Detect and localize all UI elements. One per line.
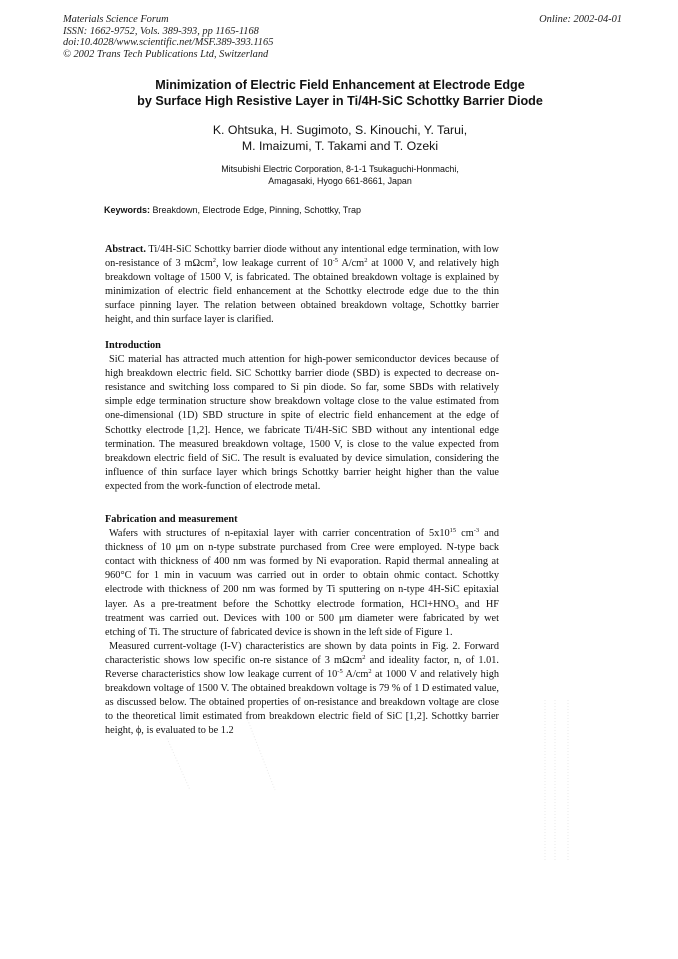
paragraph-text: Wafers with structures of n-epitaxial la… <box>109 528 450 539</box>
doi-line[interactable]: doi:10.4028/www.scientific.net/MSF.389-3… <box>63 37 273 49</box>
affiliation-line-1: Mitsubishi Electric Corporation, 8-1-1 T… <box>60 163 620 175</box>
authors-line-2: M. Imaizumi, T. Takami and T. Ozeki <box>60 138 620 154</box>
introduction-paragraph: SiC material has attracted much attentio… <box>105 353 499 494</box>
introduction-section: Introduction SiC material has attracted … <box>105 339 499 494</box>
introduction-heading: Introduction <box>105 339 499 353</box>
fabrication-section: Fabrication and measurement Wafers with … <box>105 513 499 739</box>
paragraph-text: cm <box>456 528 474 539</box>
paper-title: Minimization of Electric Field Enhanceme… <box>60 77 620 109</box>
abstract-section: Abstract. Ti/4H-SiC Schottky barrier dio… <box>105 243 499 328</box>
abstract-label: Abstract. <box>105 244 146 255</box>
authors-line-1: K. Ohtsuka, H. Sugimoto, S. Kinouchi, Y.… <box>60 122 620 138</box>
issn-line: ISSN: 1662-9752, Vols. 389-393, pp 1165-… <box>63 26 273 38</box>
keywords-value: Breakdown, Electrode Edge, Pinning, Scho… <box>150 205 361 215</box>
keywords-label: Keywords: <box>104 205 150 215</box>
journal-name: Materials Science Forum <box>63 14 273 26</box>
paragraph-text: A/cm <box>343 669 369 680</box>
copyright-line: © 2002 Trans Tech Publications Ltd, Swit… <box>63 49 273 61</box>
title-line-1: Minimization of Electric Field Enhanceme… <box>60 77 620 93</box>
abstract-text: A/cm <box>338 258 364 269</box>
fabrication-paragraph-2: Measured current-voltage (I-V) character… <box>105 640 499 739</box>
abstract-paragraph: Abstract. Ti/4H-SiC Schottky barrier dio… <box>105 243 499 328</box>
fabrication-heading: Fabrication and measurement <box>105 513 499 527</box>
journal-header: Materials Science Forum ISSN: 1662-9752,… <box>63 14 273 60</box>
affiliation: Mitsubishi Electric Corporation, 8-1-1 T… <box>60 163 620 188</box>
online-date: Online: 2002-04-01 <box>539 14 622 25</box>
paragraph-text: and thickness of 10 μm on n-type substra… <box>105 528 499 609</box>
keywords: Keywords: Breakdown, Electrode Edge, Pin… <box>104 205 361 215</box>
authors: K. Ohtsuka, H. Sugimoto, S. Kinouchi, Y.… <box>60 122 620 155</box>
fabrication-paragraph-1: Wafers with structures of n-epitaxial la… <box>105 527 499 640</box>
title-line-2: by Surface High Resistive Layer in Ti/4H… <box>60 93 620 109</box>
abstract-text: , low leakage current of 10 <box>216 258 333 269</box>
affiliation-line-2: Amagasaki, Hyogo 661-8661, Japan <box>60 175 620 187</box>
